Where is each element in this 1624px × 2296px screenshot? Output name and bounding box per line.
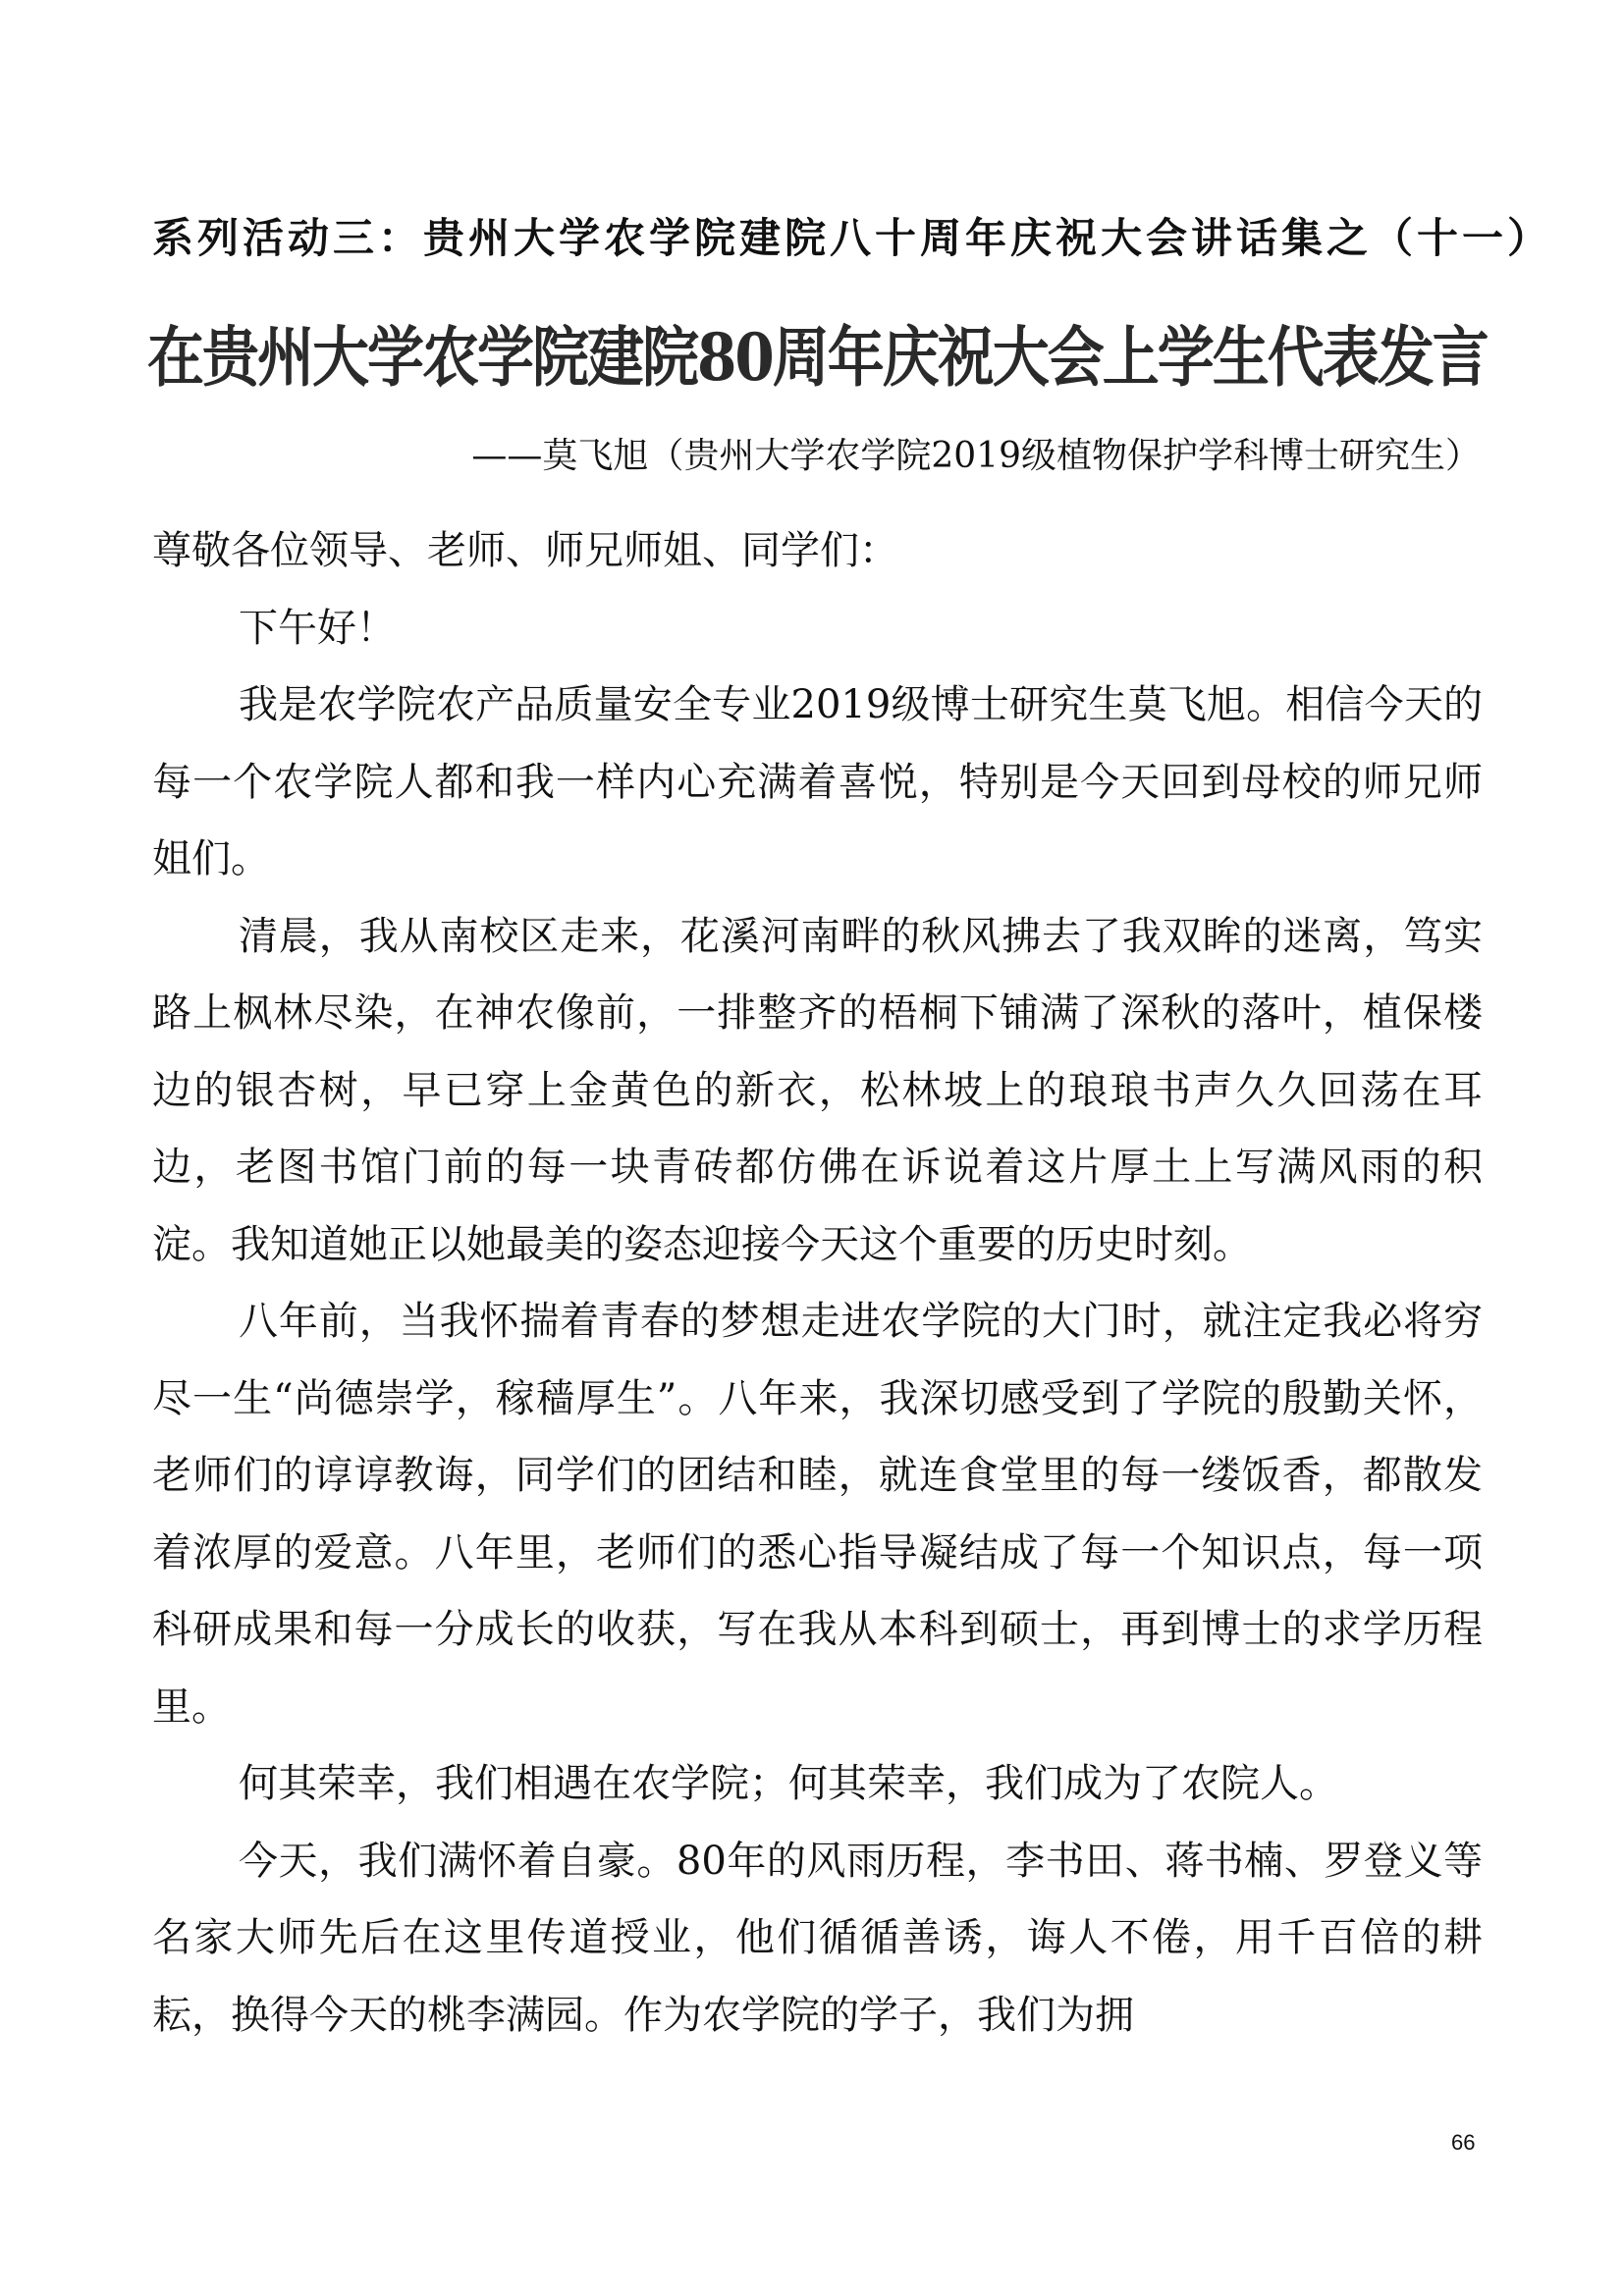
paragraph-introduction: 我是农学院农产品质量安全专业2019级博士研究生莫飞旭。相信今天的每一个农学院人… bbox=[152, 667, 1483, 898]
page-number: 66 bbox=[1451, 2130, 1475, 2156]
paragraph-eight-years: 八年前，当我怀揣着青春的梦想走进农学院的大门时，就注定我必将穷尽一生“尚德崇学，… bbox=[152, 1283, 1483, 1745]
paragraph-honored: 何其荣幸，我们相遇在农学院；何其荣幸，我们成为了农院人。 bbox=[152, 1745, 1483, 1823]
document-page: 系列活动三：贵州大学农学院建院八十周年庆祝大会讲话集之（十一） 在贵州大学农学院… bbox=[0, 0, 1624, 2296]
author-byline: ——莫飞旭（贵州大学农学院2019级植物保护学科博士研究生） bbox=[471, 428, 1481, 478]
speech-body: 尊敬各位领导、老师、师兄师姐、同学们： 下午好！ 我是农学院农产品质量安全专业2… bbox=[152, 512, 1483, 2054]
page-title: 在贵州大学农学院建院80周年庆祝大会上学生代表发言 bbox=[147, 304, 1492, 400]
paragraph-campus-morning: 清晨，我从南校区走来，花溪河南畔的秋风拂去了我双眸的迷离，笃实路上枫林尽染，在神… bbox=[152, 898, 1483, 1284]
series-title: 系列活动三：贵州大学农学院建院八十周年庆祝大会讲话集之（十一） bbox=[152, 206, 1488, 265]
paragraph-pride: 今天，我们满怀着自豪。80年的风雨历程，李书田、蒋书楠、罗登义等名家大师先后在这… bbox=[152, 1823, 1483, 2055]
salutation: 尊敬各位领导、老师、师兄师姐、同学们： bbox=[152, 512, 1483, 590]
paragraph-greeting: 下午好！ bbox=[152, 590, 1483, 667]
